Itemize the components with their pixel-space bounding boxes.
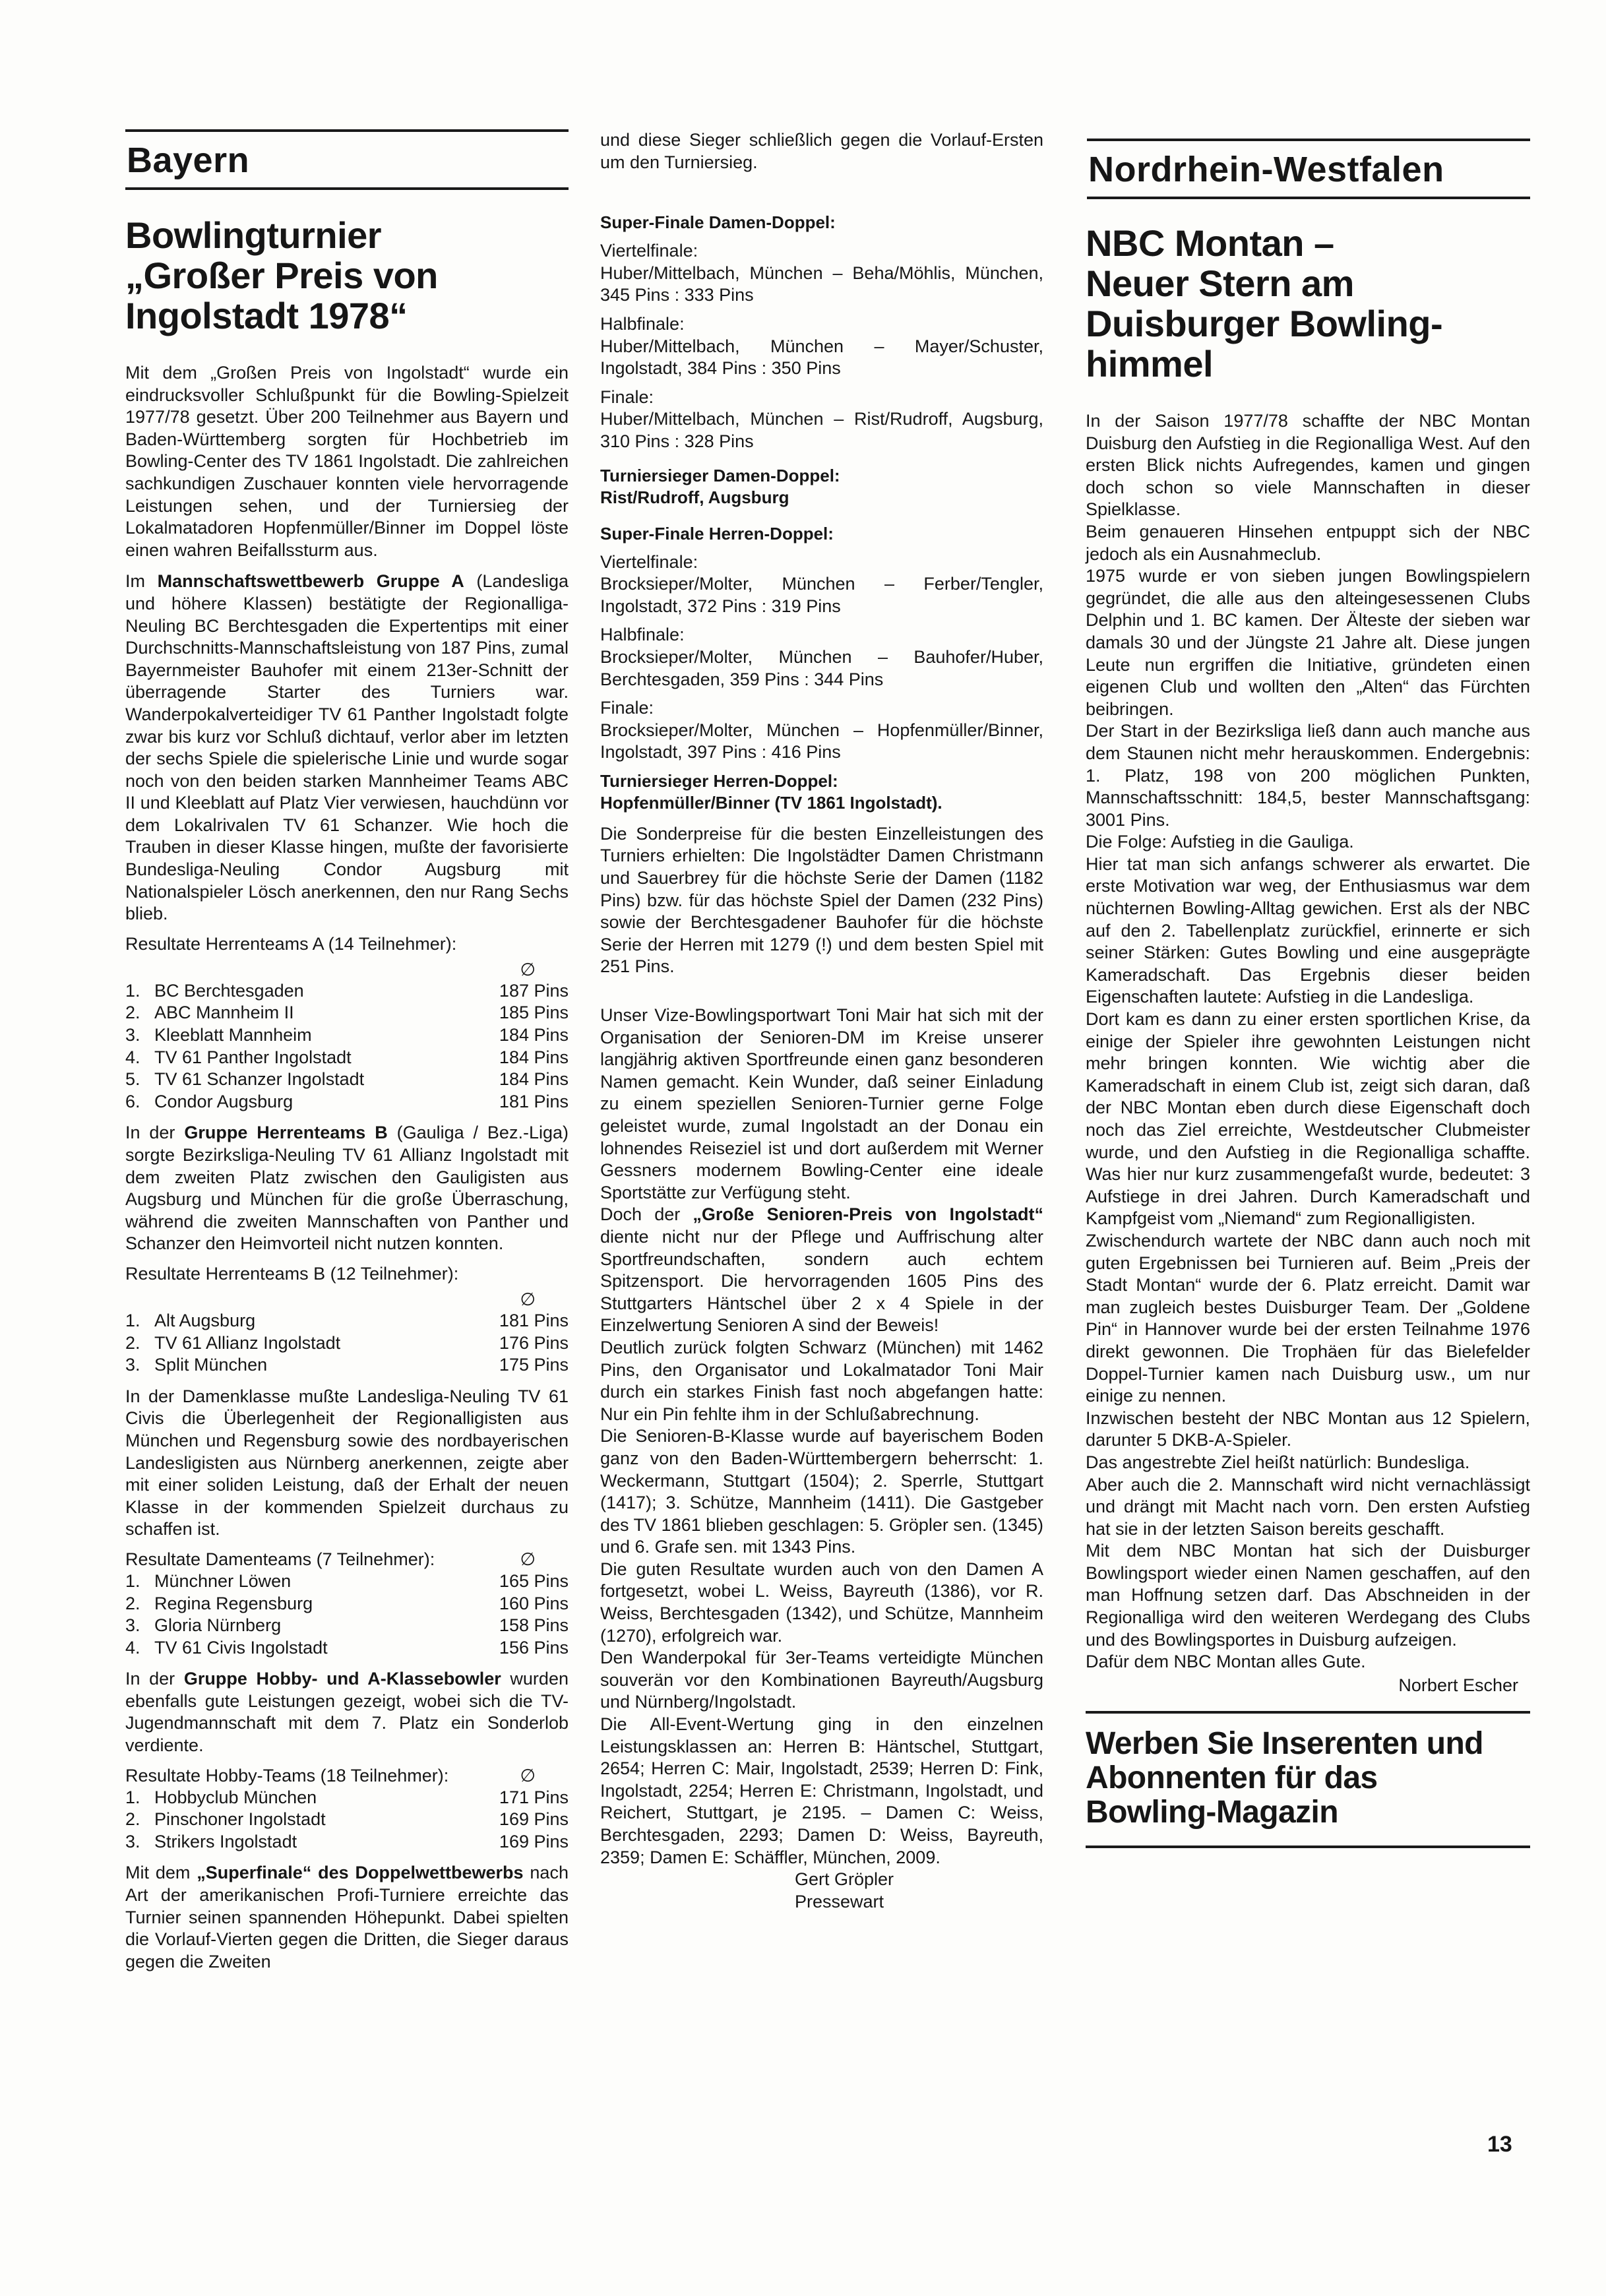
article-headline: Bowlingturnier „Großer Preis von Ingolst… [125, 215, 569, 336]
table-row: 4.TV 61 Civis Ingolstadt156 Pins [125, 1637, 569, 1660]
table-row: 3.Kleeblatt Mannheim184 Pins [125, 1024, 569, 1047]
body-paragraph: Hier tat man sich anfangs schwerer als e… [1086, 853, 1530, 1008]
table-row: 1.Alt Augsburg181 Pins [125, 1310, 569, 1332]
body-paragraph: Zwischendurch wartete der NBC dann auch … [1086, 1230, 1530, 1408]
results-table-herren-a: 1.BC Berchtesgaden187 Pins 2.ABC Mannhei… [125, 980, 569, 1113]
senioren-b-paragraph: Die Senioren-B-Klasse wurde auf bayerisc… [600, 1425, 1043, 1559]
body-paragraph: Dafür dem NBC Montan alles Gute. [1086, 1651, 1530, 1673]
results-table-hobby: 1.Hobbyclub München171 Pins 2.Pinschoner… [125, 1787, 569, 1853]
promo-box: Werben Sie Inserenten und Abonnenten für… [1086, 1727, 1530, 1830]
round-result: Huber/Mittelbach, München – Beha/Möhlis,… [600, 263, 1043, 307]
average-symbol: ∅ [125, 959, 569, 980]
results-table-damen: 1.Münchner Löwen165 Pins 2.Regina Regens… [125, 1570, 569, 1659]
continuation-paragraph: und diese Sieger schließlich gegen die V… [600, 129, 1043, 173]
headline-line: NBC Montan – [1086, 223, 1530, 263]
round-label: Finale: [600, 697, 1043, 720]
intro-paragraph: Mit dem „Großen Preis von Ingolstadt“ wu… [125, 362, 569, 561]
body-paragraph: In der Saison 1977/78 schaffte der NBC M… [1086, 410, 1530, 521]
column-nordrhein-westfalen: Nordrhein-Westfalen NBC Montan – Neuer S… [1075, 139, 1530, 1848]
section-title: Nordrhein-Westfalen [1075, 141, 1530, 197]
column-bayern: Bayern Bowlingturnier „Großer Preis von … [125, 129, 569, 1973]
author-role: Pressewart [600, 1891, 1043, 1913]
promo-line: Werben Sie Inserenten und [1086, 1727, 1530, 1761]
column-tournament-results: und diese Sieger schließlich gegen die V… [600, 129, 1043, 1913]
group-a-paragraph: Im Mannschaftswettbewerb Gruppe A (Lande… [125, 571, 569, 925]
round-label: Halbfinale: [600, 624, 1043, 646]
round-label: Viertelfinale: [600, 240, 1043, 263]
results-title: Resultate Herrenteams A (14 Teilnehmer): [125, 933, 569, 955]
damen-winner: Rist/Rudroff, Augsburg [600, 487, 1043, 509]
results-title: Resultate Hobby-Teams (18 Teilnehmer): ∅ [125, 1765, 569, 1787]
herren-winner-title: Turniersieger Herren-Doppel: [600, 770, 1043, 792]
group-b-paragraph: In der Gruppe Herrenteams B (Gauliga / B… [125, 1122, 569, 1255]
headline-line: „Großer Preis von [125, 255, 569, 295]
page-number: 13 [1487, 2132, 1512, 2157]
body-paragraph: Das angestrebte Ziel heißt natürlich: Bu… [1086, 1452, 1530, 1474]
results-title: Resultate Damenteams (7 Teilnehmer): ∅ [125, 1549, 569, 1570]
damen-paragraph: In der Damenklasse mußte Landesliga-Neul… [125, 1386, 569, 1541]
table-row: 3.Strikers Ingolstadt169 Pins [125, 1831, 569, 1853]
round-result: Huber/Mittelbach, München – Mayer/Schust… [600, 336, 1043, 380]
body-paragraph: Inzwischen besteht der NBC Montan aus 12… [1086, 1408, 1530, 1452]
table-row: 1.BC Berchtesgaden187 Pins [125, 980, 569, 1003]
damen-winner-title: Turniersieger Damen-Doppel: [600, 465, 1043, 487]
sonderpreise-paragraph: Die Sonderpreise für die besten Einzelle… [600, 823, 1043, 978]
table-row: 2.TV 61 Allianz Ingolstadt176 Pins [125, 1332, 569, 1355]
herren-doppel-title: Super-Finale Herren-Doppel: [600, 523, 1043, 545]
damen-a-paragraph: Die guten Resultate wurden auch von den … [600, 1559, 1043, 1647]
table-row: 1.Münchner Löwen165 Pins [125, 1570, 569, 1593]
results-title: Resultate Herrenteams B (12 Teilnehmer): [125, 1263, 569, 1285]
herren-winner: Hopfenmüller/Binner (TV 1861 Ingolstadt)… [600, 792, 1043, 814]
headline-line: Neuer Stern am [1086, 263, 1530, 303]
average-symbol: ∅ [125, 1289, 569, 1310]
round-result: Huber/Mittelbach, München – Rist/Rudroff… [600, 408, 1043, 452]
average-symbol: ∅ [520, 1549, 569, 1570]
results-table-herren-b: 1.Alt Augsburg181 Pins 2.TV 61 Allianz I… [125, 1310, 569, 1377]
body-paragraph: Dort kam es dann zu einer ersten sportli… [1086, 1008, 1530, 1230]
promo-rule-top [1086, 1711, 1530, 1714]
table-row: 6.Condor Augsburg181 Pins [125, 1091, 569, 1113]
headline-line: himmel [1086, 344, 1530, 384]
body-paragraph: 1975 wurde er von sieben jungen Bowlings… [1086, 565, 1530, 720]
body-paragraph: Beim genaueren Hinsehen entpuppt sich de… [1086, 521, 1530, 565]
senioren-intro-paragraph: Unser Vize-Bowlingsportwart Toni Mair ha… [600, 1005, 1043, 1204]
round-label: Viertelfinale: [600, 551, 1043, 574]
headline-line: Duisburger Bowling- [1086, 303, 1530, 344]
round-result: Brocksieper/Molter, München – Ferber/Ten… [600, 573, 1043, 617]
damen-doppel-title: Super-Finale Damen-Doppel: [600, 212, 1043, 233]
author-name: Norbert Escher [1086, 1675, 1530, 1697]
hobby-paragraph: In der Gruppe Hobby- und A-Klassebowler … [125, 1668, 569, 1756]
promo-line: Bowling-Magazin [1086, 1795, 1530, 1830]
table-row: 4.TV 61 Panther Ingolstadt184 Pins [125, 1047, 569, 1069]
deutlich-paragraph: Deutlich zurück folgten Schwarz (München… [600, 1337, 1043, 1425]
headline-line: Bowlingturnier [125, 215, 569, 255]
table-row: 1.Hobbyclub München171 Pins [125, 1787, 569, 1809]
round-label: Halbfinale: [600, 313, 1043, 336]
all-event-paragraph: Die All-Event-Wertung ging in den einzel… [600, 1714, 1043, 1869]
round-result: Brocksieper/Molter, München – Hopfenmüll… [600, 720, 1043, 764]
section-rule-bottom [125, 187, 569, 190]
round-label: Finale: [600, 387, 1043, 409]
body-paragraph: Der Start in der Bezirksliga ließ dann a… [1086, 720, 1530, 831]
table-row: 3.Split München175 Pins [125, 1354, 569, 1377]
table-row: 2.Regina Regensburg160 Pins [125, 1593, 569, 1615]
author-name: Gert Gröpler [600, 1869, 1043, 1891]
superfinale-paragraph: Mit dem „Superfinale“ des Doppelwettbewe… [125, 1862, 569, 1973]
round-result: Brocksieper/Molter, München – Bauhofer/H… [600, 646, 1043, 691]
promo-line: Abonnenten für das [1086, 1761, 1530, 1795]
senioren-preis-paragraph: Doch der „Große Senioren-Preis von Ingol… [600, 1204, 1043, 1337]
body-paragraph: Die Folge: Aufstieg in die Gauliga. [1086, 831, 1530, 853]
section-title: Bayern [125, 132, 569, 187]
average-symbol: ∅ [520, 1765, 569, 1787]
wanderpokal-paragraph: Den Wanderpokal für 3er-Teams verteidigt… [600, 1647, 1043, 1714]
body-paragraph: Aber auch die 2. Mannschaft wird nicht v… [1086, 1474, 1530, 1541]
section-rule-bottom [1087, 197, 1530, 199]
table-row: 2.Pinschoner Ingolstadt169 Pins [125, 1809, 569, 1831]
headline-line: Ingolstadt 1978“ [125, 295, 569, 336]
table-row: 3.Gloria Nürnberg158 Pins [125, 1615, 569, 1637]
table-row: 5.TV 61 Schanzer Ingolstadt184 Pins [125, 1069, 569, 1091]
table-row: 2.ABC Mannheim II185 Pins [125, 1002, 569, 1024]
body-paragraph: Mit dem NBC Montan hat sich der Duisburg… [1086, 1540, 1530, 1651]
article-headline: NBC Montan – Neuer Stern am Duisburger B… [1075, 223, 1530, 384]
promo-rule-bottom [1086, 1846, 1530, 1848]
